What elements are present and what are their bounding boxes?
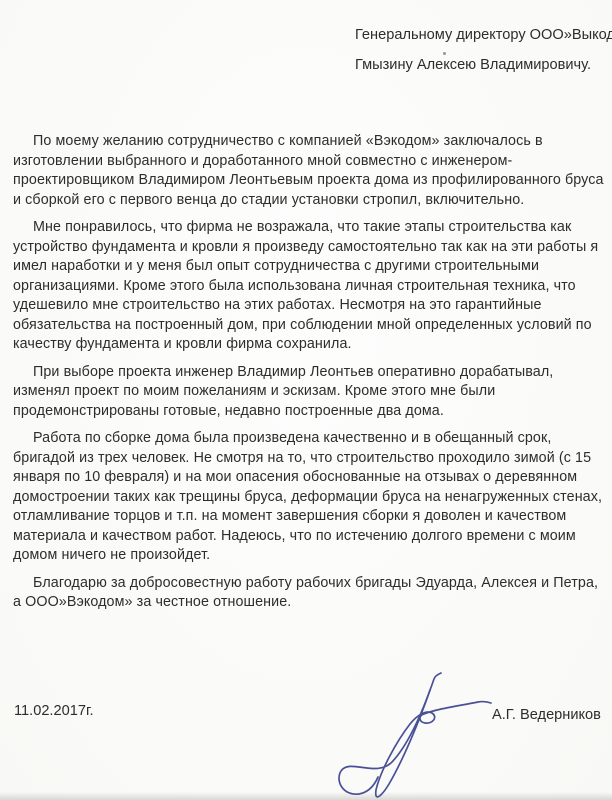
scan-speck — [443, 52, 446, 55]
letter-paragraph: Мне понравилось, что фирма не возражала,… — [13, 218, 610, 355]
recipient-line-2: Гмызину Алексею Владимировичу. — [355, 50, 612, 80]
letter-paragraph: Благодарю за добросовестную работу рабоч… — [13, 574, 610, 613]
letter-page: Генеральному директору ООО»Выкодом» Гмыз… — [0, 0, 612, 800]
letter-paragraph: При выборе проекта инженер Владимир Леон… — [13, 363, 610, 422]
scan-edge-shadow — [0, 792, 612, 800]
handwritten-signature — [330, 660, 500, 800]
letter-date: 11.02.2017г. — [14, 703, 94, 719]
signer-name: А.Г. Ведерников — [492, 707, 601, 723]
letter-body: По моему желанию сотрудничество с компан… — [13, 132, 610, 621]
letter-paragraph: По моему желанию сотрудничество с компан… — [13, 132, 610, 210]
recipient-line-1: Генеральному директору ООО»Выкодом» — [355, 20, 612, 50]
scanned-letter: { "page": { "background_color": "#fbfbf9… — [0, 0, 612, 800]
letter-paragraph: Работа по сборке дома была произведена к… — [13, 429, 610, 566]
recipient-block: Генеральному директору ООО»Выкодом» Гмыз… — [355, 20, 612, 80]
